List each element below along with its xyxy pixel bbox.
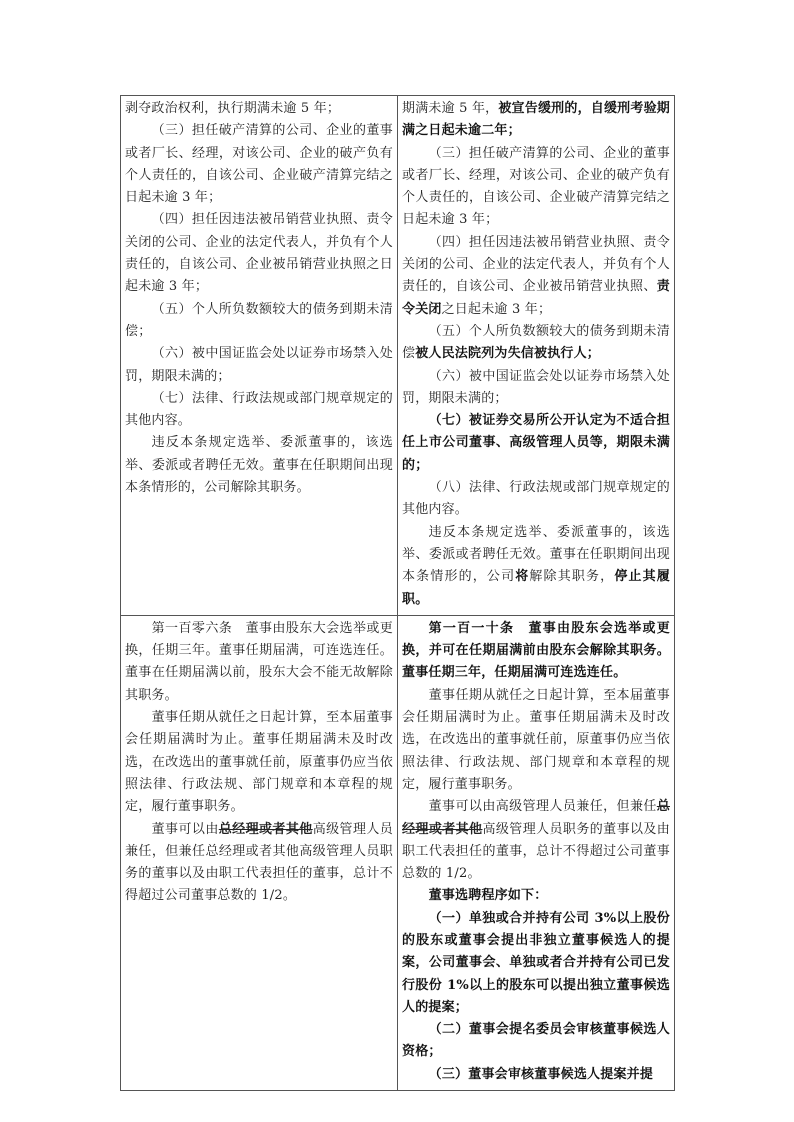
clause-paragraph: （六）被中国证监会处以证券市场禁入处罚，期限未满的； (402, 366, 670, 411)
added-text: 第一百一十条 董事由股东会选举或更换，并可在任期届满前由股东会解除其职务。董事任… (402, 621, 670, 681)
added-text: （一）单独或合并持有公司 3%以上股份的股东或董事会提出非独立董事候选人的提案，… (402, 911, 670, 1015)
clause-paragraph: 剥夺政治权利，执行期满未逾 5 年； (125, 98, 393, 120)
clause-paragraph: （四）担任因违法被吊销营业执照、责令关闭的公司、企业的法定代表人，并负有个人责任… (125, 209, 393, 298)
clause-text: （四）担任因违法被吊销营业执照、责令关闭的公司、企业的法定代表人，并负有个人责任… (402, 235, 670, 295)
clause-text: 董事任期从就任之日起计算，至本届董事会任期届满时为止。董事任期届满未及时改选，在… (125, 710, 393, 814)
clause-paragraph: 董事选聘程序如下： (402, 885, 670, 907)
clause-paragraph: （四）担任因违法被吊销营业执照、责令关闭的公司、企业的法定代表人，并负有个人责任… (402, 232, 670, 321)
clause-paragraph: 董事任期从就任之日起计算，至本届董事会任期届满时为止。董事任期届满未及时改选，在… (402, 685, 670, 796)
clause-text: 期满未逾 5 年， (402, 101, 498, 116)
added-text: 被人民法院列为失信被执行人； (415, 346, 600, 361)
clause-paragraph: （八）法律、行政法规或部门规章规定的其他内容。 (402, 477, 670, 522)
clause-paragraph: 董事任期从就任之日起计算，至本届董事会任期届满时为止。董事任期届满未及时改选，在… (125, 707, 393, 818)
clause-paragraph: （三）担任破产清算的公司、企业的董事或者厂长、经理，对该公司、企业的破产负有个人… (402, 143, 670, 232)
clause-paragraph: 第一百一十条 董事由股东会选举或更换，并可在任期届满前由股东会解除其职务。董事任… (402, 618, 670, 685)
clause-text: （七）法律、行政法规或部门规章规定的其他内容。 (125, 391, 393, 428)
clause-paragraph: （七）被证券交易所公开认定为不适合担任上市公司董事、高级管理人员等，期限未满的； (402, 410, 670, 477)
clause-text: 解除其职务， (529, 569, 614, 584)
clause-text: 第一百零六条 董事由股东大会选举或更换，任期三年。董事任期届满，可连选连任。董事… (125, 621, 393, 703)
clause-paragraph: 董事可以由高级管理人员兼任，但兼任总经理或者其他高级管理人员职务的董事以及由职工… (402, 796, 670, 885)
clause-text: （四）担任因违法被吊销营业执照、责令关闭的公司、企业的法定代表人，并负有个人责任… (125, 212, 393, 294)
comparison-table: 剥夺政治权利，执行期满未逾 5 年；（三）担任破产清算的公司、企业的董事或者厂长… (120, 95, 675, 1091)
added-text: （三）董事会审核董事候选人提案并提 (429, 1067, 653, 1082)
clause-text: 董事任期从就任之日起计算，至本届董事会任期届满时为止。董事任期届满未及时改选，在… (402, 688, 670, 792)
clause-paragraph: （一）单独或合并持有公司 3%以上股份的股东或董事会提出非独立董事候选人的提案，… (402, 908, 670, 1019)
table-row: 第一百零六条 董事由股东大会选举或更换，任期三年。董事任期届满，可连选连任。董事… (121, 615, 675, 1090)
added-text: （七）被证券交易所公开认定为不适合担任上市公司董事、高级管理人员等，期限未满的； (402, 413, 670, 473)
clause-paragraph: （五）个人所负数额较大的债务到期未清偿； (125, 299, 393, 344)
clause-paragraph: 违反本条规定选举、委派董事的，该选举、委派或者聘任无效。董事在任职期间出现本条情… (125, 432, 393, 499)
original-clause-cell: 第一百零六条 董事由股东大会选举或更换，任期三年。董事任期届满，可连选连任。董事… (121, 615, 398, 1090)
added-text: （二）董事会提名委员会审核董事候选人资格； (402, 1022, 670, 1059)
clause-paragraph: （六）被中国证监会处以证券市场禁入处罚，期限未满的； (125, 343, 393, 388)
clause-text: （六）被中国证监会处以证券市场禁入处罚，期限未满的； (125, 346, 393, 383)
revised-clause-cell: 第一百一十条 董事由股东会选举或更换，并可在任期届满前由股东会解除其职务。董事任… (398, 615, 675, 1090)
clause-paragraph: 期满未逾 5 年，被宣告缓刑的，自缓刑考验期满之日起未逾二年； (402, 98, 670, 143)
clause-paragraph: （三）董事会审核董事候选人提案并提 (402, 1064, 670, 1086)
clause-text: 剥夺政治权利，执行期满未逾 5 年； (125, 101, 340, 116)
clause-paragraph: （七）法律、行政法规或部门规章规定的其他内容。 (125, 388, 393, 433)
clause-text: （八）法律、行政法规或部门规章规定的其他内容。 (402, 480, 670, 517)
table-row: 剥夺政治权利，执行期满未逾 5 年；（三）担任破产清算的公司、企业的董事或者厂长… (121, 96, 675, 616)
clause-text: 董事可以由高级管理人员兼任，但兼任 (429, 799, 657, 814)
clause-text: （三）担任破产清算的公司、企业的董事或者厂长、经理，对该公司、企业的破产负有个人… (125, 123, 393, 205)
clause-paragraph: 违反本条规定选举、委派董事的，该选举、委派或者聘任无效。董事在任职期间出现本条情… (402, 522, 670, 611)
clause-text: 之日起未逾 3 年； (442, 302, 552, 317)
clause-paragraph: （二）董事会提名委员会审核董事候选人资格； (402, 1019, 670, 1064)
clause-text: 违反本条规定选举、委派董事的，该选举、委派或者聘任无效。董事在任职期间出现本条情… (125, 435, 393, 495)
deleted-text: 总经理或者其他 (219, 822, 313, 837)
clause-paragraph: （三）担任破产清算的公司、企业的董事或者厂长、经理，对该公司、企业的破产负有个人… (125, 120, 393, 209)
added-text: 将 (515, 569, 529, 584)
clause-paragraph: 第一百零六条 董事由股东大会选举或更换，任期三年。董事任期届满，可连选连任。董事… (125, 618, 393, 707)
clause-paragraph: 董事可以由总经理或者其他高级管理人员兼任，但兼任总经理或者其他高级管理人员职务的… (125, 819, 393, 908)
added-text: 董事选聘程序如下： (429, 888, 548, 903)
clause-text: （六）被中国证监会处以证券市场禁入处罚，期限未满的； (402, 369, 670, 406)
original-clause-cell: 剥夺政治权利，执行期满未逾 5 年；（三）担任破产清算的公司、企业的董事或者厂长… (121, 96, 398, 616)
clause-text: （五）个人所负数额较大的债务到期未清偿； (125, 302, 393, 339)
clause-text: 董事可以由 (152, 822, 219, 837)
clause-paragraph: （五）个人所负数额较大的债务到期未清偿被人民法院列为失信被执行人； (402, 321, 670, 366)
clause-text: （三）担任破产清算的公司、企业的董事或者厂长、经理，对该公司、企业的破产负有个人… (402, 146, 670, 228)
revised-clause-cell: 期满未逾 5 年，被宣告缓刑的，自缓刑考验期满之日起未逾二年；（三）担任破产清算… (398, 96, 675, 616)
